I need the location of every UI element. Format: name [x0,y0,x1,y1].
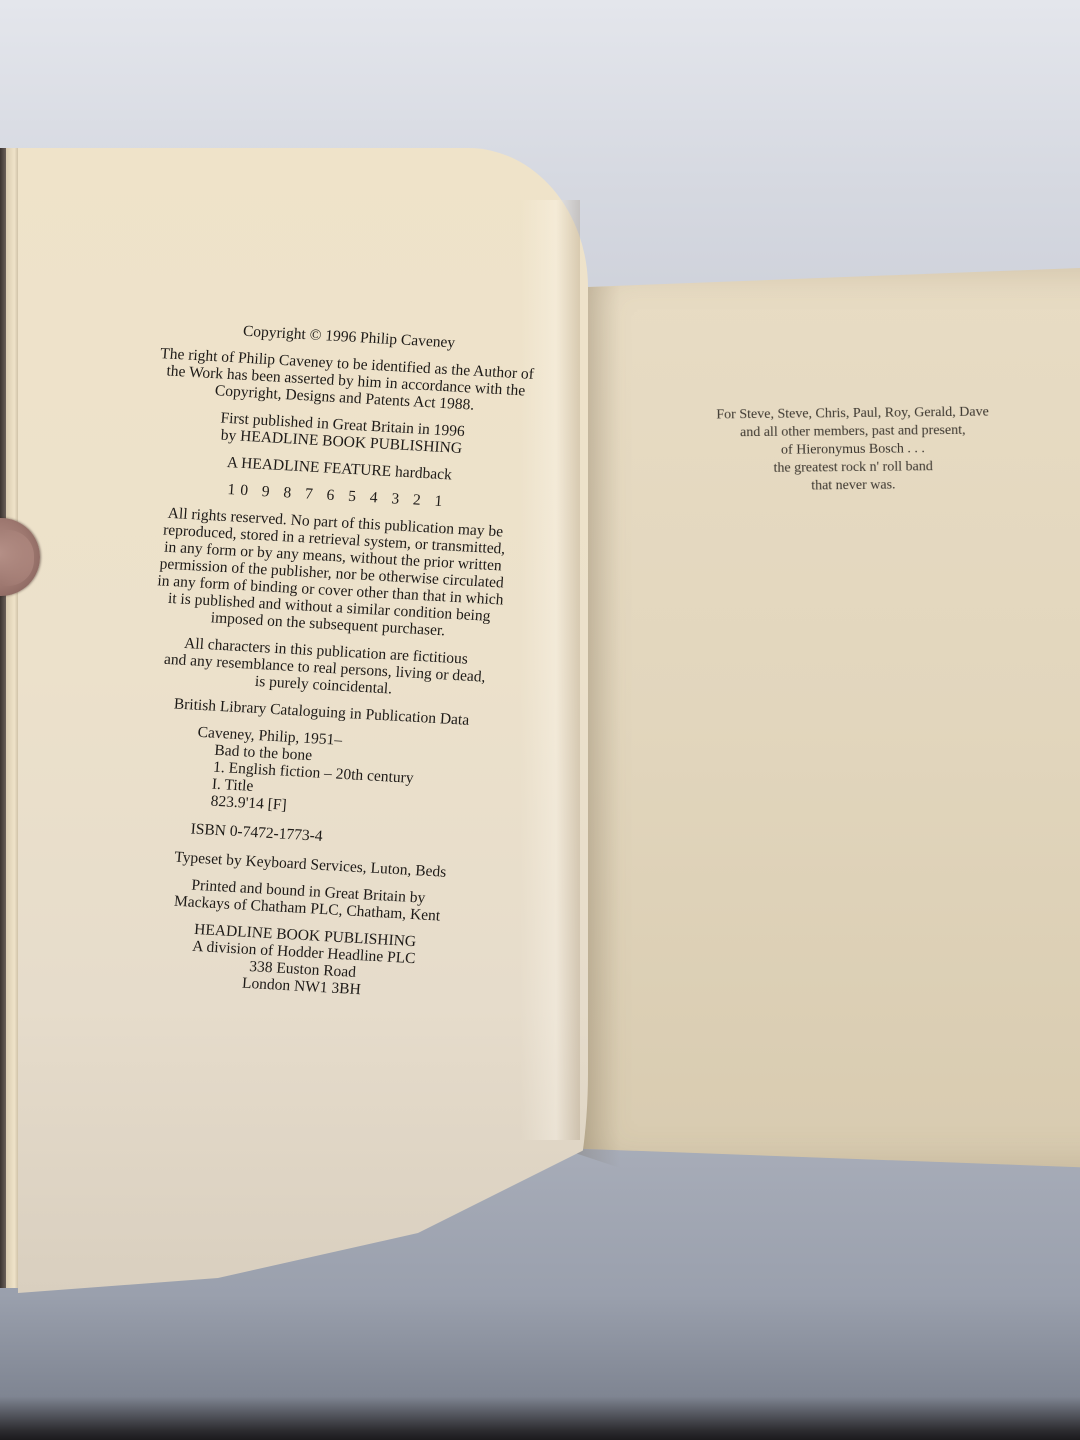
page-stack-edge [6,148,20,1288]
copyright-page-text: Copyright © 1996 Philip Caveney The righ… [110,318,539,1015]
rights-reserved-statement: All rights reserved. No part of this pub… [138,504,526,644]
publisher-address: HEADLINE BOOK PUBLISHING A division of H… [111,916,495,1005]
moral-rights-statement: The right of Philip Caveney to be identi… [154,345,537,417]
dedication-line: that never was. [688,475,1018,496]
dedication-line: For Steve, Steve, Chris, Paul, Roy, Gera… [688,403,1018,424]
isbn-line: ISBN 0-7472-1773-4 [190,821,503,855]
cip-entry: Caveney, Philip, 1951– Bad to the bone 1… [124,720,510,826]
dedication-text: For Steve, Steve, Chris, Paul, Roy, Gera… [688,403,1019,496]
fiction-disclaimer: All characters in this publication are f… [133,632,516,704]
